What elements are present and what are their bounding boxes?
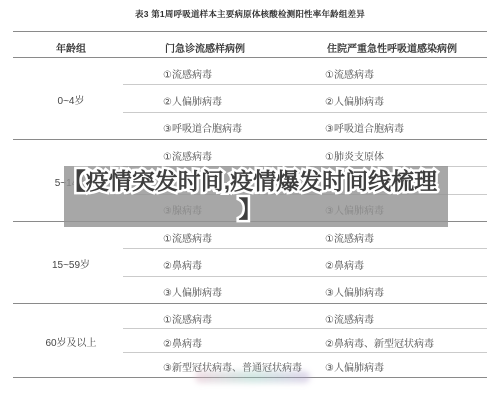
column-header-outpatient: 门急诊流感样病例 <box>165 40 245 55</box>
cell-outpatient-rank-1: ①流感病毒 <box>163 230 212 245</box>
row-divider <box>123 84 487 85</box>
watermark-caption: 【疫情突发时间,疫情爆发时间线梳理 【疫情突发时间,疫情爆发时间线梳理 】 】 <box>0 167 500 223</box>
row-divider <box>123 328 487 329</box>
cell-outpatient-rank-2: ②鼻病毒 <box>163 257 202 272</box>
cell-inpatient-rank-3: ③呼吸道合胞病毒 <box>325 120 404 135</box>
watermark-line-2: 】 】 <box>0 195 500 223</box>
cell-outpatient-rank-1: ①流感病毒 <box>163 66 212 81</box>
table-title: 表3 第1周呼吸道样本主要病原体核酸检测阳性率年龄组差异 <box>0 8 500 20</box>
table-rule-section-3 <box>13 303 487 304</box>
cell-inpatient-rank-2: ②人偏肺病毒 <box>325 93 384 108</box>
cell-outpatient-rank-1: ①流感病毒 <box>163 311 212 326</box>
row-divider <box>123 112 487 113</box>
blurred-watermark-smudge <box>195 371 310 383</box>
cell-outpatient-rank-3: ③呼吸道合胞病毒 <box>163 120 242 135</box>
cell-inpatient-rank-3: ③人偏肺病毒 <box>325 359 384 374</box>
row-divider <box>123 352 487 353</box>
cell-outpatient-rank-2: ②鼻病毒 <box>163 335 202 350</box>
cell-outpatient-rank-3: ③人偏肺病毒 <box>163 284 222 299</box>
column-header-age-group: 年龄组 <box>13 40 129 55</box>
age-group-label: 0~4岁 <box>13 92 129 107</box>
age-group-label: 15~59岁 <box>13 256 129 271</box>
watermark-line-1: 【疫情突发时间,疫情爆发时间线梳理 【疫情突发时间,疫情爆发时间线梳理 <box>0 167 500 195</box>
cell-inpatient-rank-3: ③人偏肺病毒 <box>325 284 384 299</box>
table-rule-top <box>13 31 487 32</box>
cell-outpatient-rank-2: ②人偏肺病毒 <box>163 93 222 108</box>
cell-inpatient-rank-2: ②鼻病毒 <box>325 257 364 272</box>
cell-outpatient-rank-1: ①流感病毒 <box>163 148 212 163</box>
age-group-label: 60岁及以上 <box>13 334 129 349</box>
cell-inpatient-rank-1: ①流感病毒 <box>325 66 374 81</box>
column-header-inpatient: 住院严重急性呼吸道感染病例 <box>327 40 457 55</box>
cell-inpatient-rank-1: ①肺炎支原体 <box>325 148 384 163</box>
row-divider <box>123 276 487 277</box>
article-table-screenshot: 表3 第1周呼吸道样本主要病原体核酸检测阳性率年龄组差异 年龄组 门急诊流感样病… <box>0 0 500 393</box>
row-divider <box>123 248 487 249</box>
watermark-line-2-text: 】 <box>0 195 500 223</box>
table-rule-section-1 <box>13 139 487 140</box>
cell-inpatient-rank-2: ②鼻病毒、新型冠状病毒 <box>325 335 434 350</box>
table-rule-header-bottom <box>13 57 487 58</box>
watermark-line-1-text: 【疫情突发时间,疫情爆发时间线梳理 <box>0 167 500 195</box>
cell-inpatient-rank-1: ①流感病毒 <box>325 230 374 245</box>
cell-inpatient-rank-1: ①流感病毒 <box>325 311 374 326</box>
